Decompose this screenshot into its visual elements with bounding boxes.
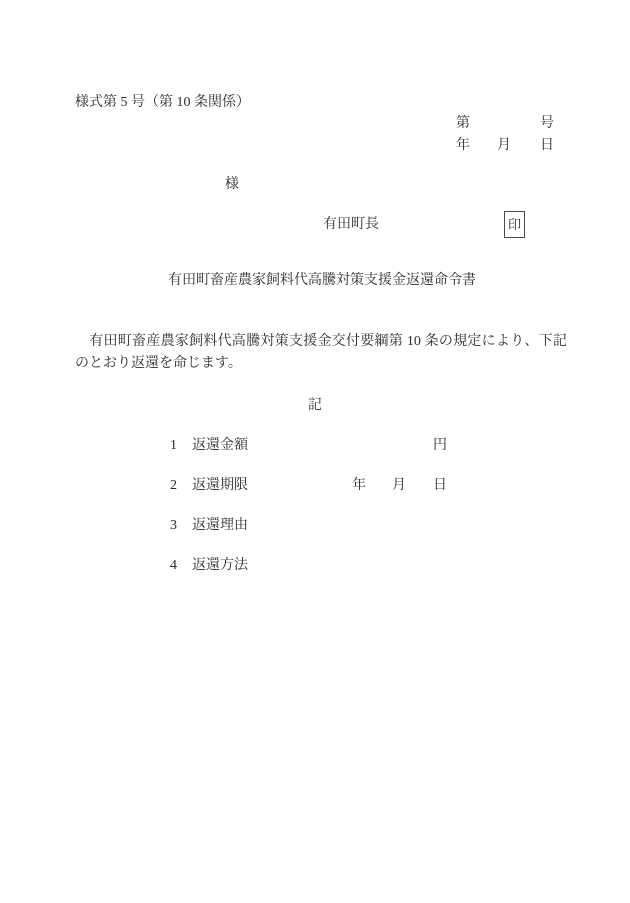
- unit-yen-label: 円: [433, 436, 447, 456]
- item-number: 3: [170, 516, 177, 536]
- item-label: 返還理由: [192, 516, 248, 536]
- item-label: 返還期限: [192, 476, 248, 496]
- date-day-label: 日: [540, 136, 554, 156]
- item-number: 2: [170, 476, 177, 496]
- seal-label: 印: [508, 218, 521, 231]
- doc-number-suffix: 号: [540, 114, 554, 134]
- record-heading: 記: [0, 396, 630, 416]
- doc-number-prefix: 第: [456, 114, 470, 134]
- deadline-day-label: 日: [433, 476, 447, 496]
- addressee-honorific: 様: [225, 175, 239, 195]
- seal-box: 印: [504, 211, 525, 238]
- deadline-year-label: 年: [352, 476, 366, 496]
- date-month-label: 月: [497, 136, 511, 156]
- deadline-month-label: 月: [392, 476, 406, 496]
- item-label: 返還方法: [192, 556, 248, 576]
- item-label: 返還金額: [192, 436, 248, 456]
- form-label: 様式第 5 号（第 10 条関係）: [75, 93, 250, 113]
- document-page: 様式第 5 号（第 10 条関係） 第 号 年 月 日 様 有田町長 印 有田町…: [0, 0, 630, 903]
- item-number: 1: [170, 436, 177, 456]
- item-number: 4: [170, 556, 177, 576]
- date-year-label: 年: [456, 136, 470, 156]
- body-paragraph: 有田町畜産農家飼料代高騰対策支援金交付要綱第 10 条の規定により、下記のとおり…: [75, 331, 567, 375]
- document-title: 有田町畜産農家飼料代高騰対策支援金返還命令書: [168, 271, 476, 291]
- issuer-title: 有田町長: [323, 215, 379, 235]
